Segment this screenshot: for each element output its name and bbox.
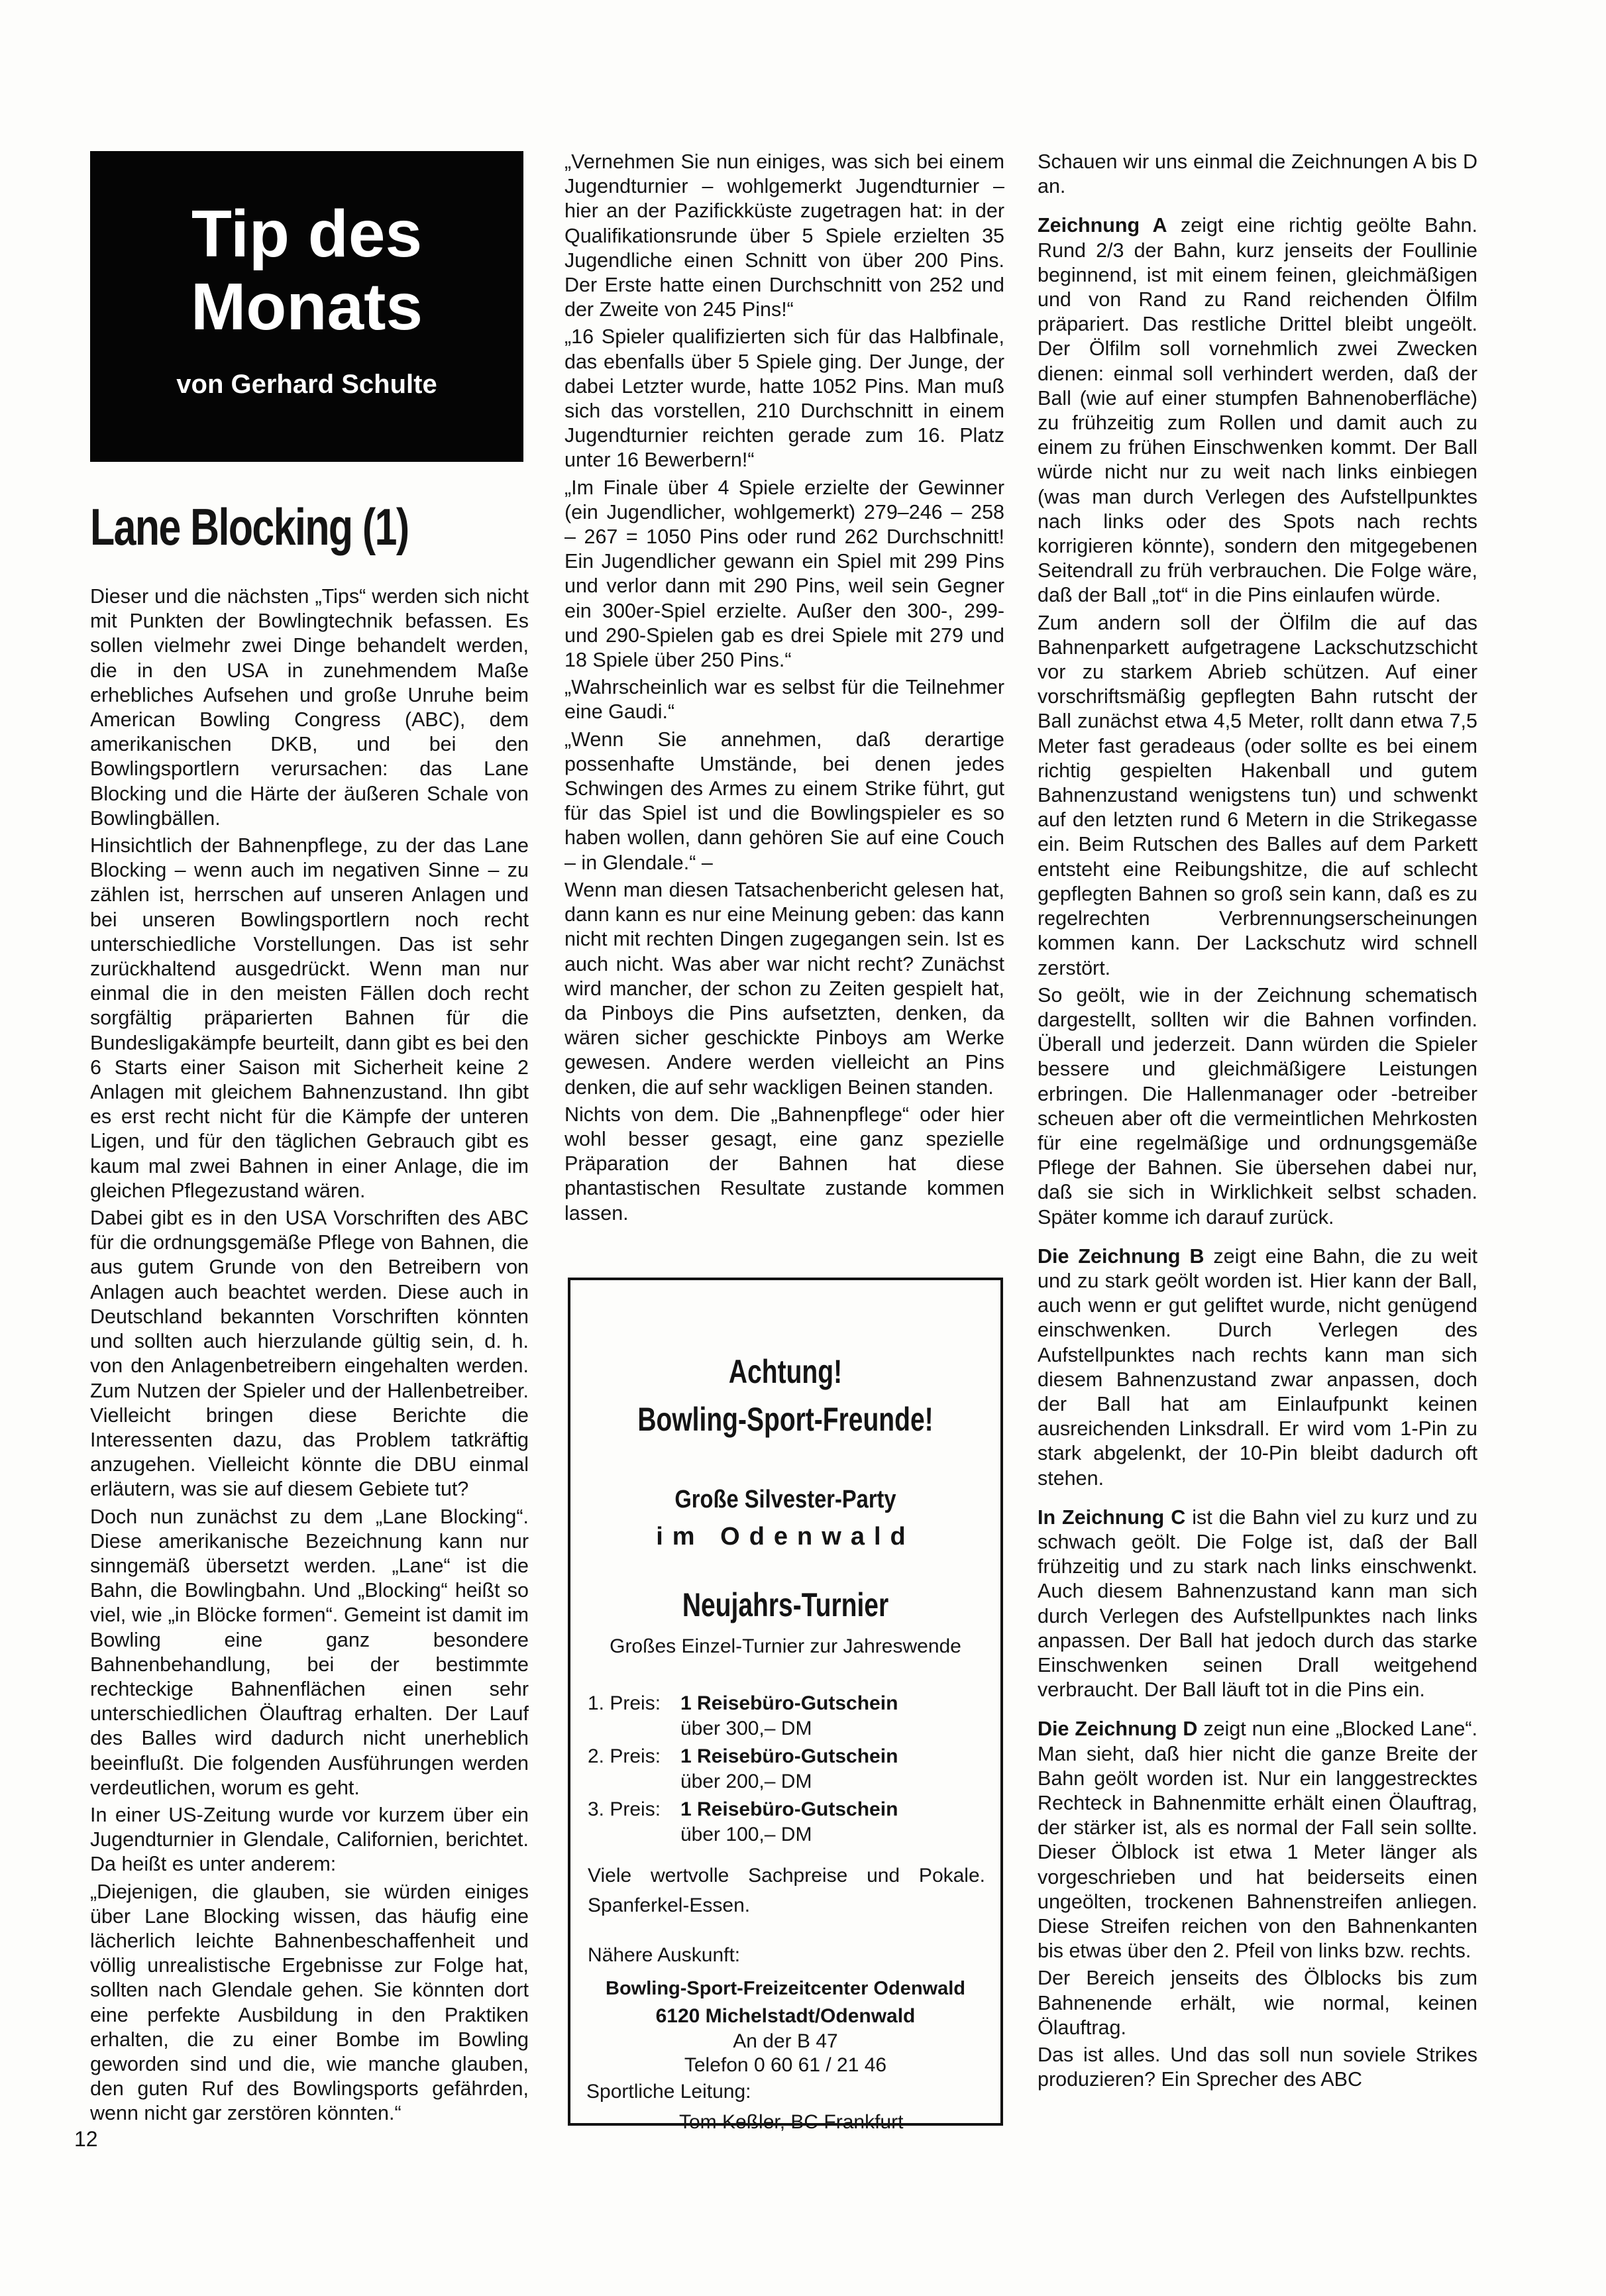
prize-label: 1. Preis: [588,1691,680,1716]
paragraph: Doch nun zunächst zu dem „Lane Blocking“… [90,1505,529,1800]
paragraph: „16 Spieler qualifizierten sich für das … [564,325,1004,472]
article-column-2: „Vernehmen Sie nun einiges, was sich bei… [564,150,1004,1226]
ad-info-label: Nähere Auskunft: [588,1943,740,1968]
paragraph: Schauen wir uns einmal die Zeichnungen A… [1038,150,1477,199]
prize-item: 1 Reisebüro-Gutschein [680,1692,898,1714]
paragraph: Dieser und die nächsten „Tips“ werden si… [90,584,529,831]
ad-event1-line2: im Odenwald [570,1521,1000,1552]
drawing-label: Die Zeichnung B [1038,1245,1204,1268]
paragraph: „Wahrscheinlich war es selbst für die Te… [564,675,1004,724]
drawing-label: Die Zeichnung D [1038,1718,1197,1740]
paragraph: Das ist alles. Und das soll nun soviele … [1038,2043,1477,2092]
ad-lead-label: Sportliche Leitung: [586,2081,751,2103]
paragraph: „Vernehmen Sie nun einiges, was sich bei… [564,150,1004,322]
paragraph: Zum andern soll der Ölfilm die auf das B… [1038,611,1477,981]
ad-venue-street: An der B 47 [570,2029,1000,2054]
drawing-label: In Zeichnung C [1038,1506,1185,1529]
ad-event2-title: Neujahrs-Turnier [617,1585,953,1625]
article-column-1: Dieser und die nächsten „Tips“ werden si… [90,584,529,2126]
paragraph-zeichnung-a: Zeichnung A zeigt eine richtig geölte Ba… [1038,213,1477,608]
ad-event1-line1: Große Silvester-Party [600,1484,970,1515]
ad-headline-1: Achtung! [617,1352,953,1392]
page-number: 12 [74,2127,98,2152]
ad-prize-row: 2. Preis:1 Reisebüro-Gutscheinüber 200,–… [588,1744,898,1794]
ad-venue-phone: Telefon 0 60 61 / 21 46 [570,2053,1000,2078]
prize-amount: über 300,– DM [680,1718,812,1739]
paragraph: Der Bereich jenseits des Ölblocks bis zu… [1038,1966,1477,2040]
ad-extras-line1: Viele wertvolle Sachpreise und Pokale. [588,1863,985,1888]
paragraph: Hinsichtlich der Bahnenpflege, zu der da… [90,834,529,1203]
prize-label: 3. Preis: [588,1797,680,1822]
paragraph: Dabei gibt es in den USA Vorschriften de… [90,1206,529,1502]
ad-lead-name: Tom Keßler, BC Frankfurt [679,2111,903,2134]
ad-venue-name: Bowling-Sport-Freizeitcenter Odenwald [570,1976,1000,2001]
ad-venue-city: 6120 Michelstadt/Odenwald [570,2004,1000,2029]
paragraph: Wenn man diesen Tatsachenbericht gelesen… [564,878,1004,1100]
prize-label: 2. Preis: [588,1744,680,1769]
paragraph: In einer US-Zeitung wurde vor kurzem übe… [90,1803,529,1877]
paragraph: So geölt, wie in der Zeichnung schematis… [1038,983,1477,1230]
paragraph: Nichts von dem. Die „Bahnenpflege“ oder … [564,1103,1004,1226]
article-column-3: Schauen wir uns einmal die Zeichnungen A… [1038,150,1477,2092]
ad-extras-line2: Spanferkel-Essen. [588,1893,750,1918]
ad-prize-row: 3. Preis:1 Reisebüro-Gutscheinüber 100,–… [588,1797,898,1847]
paragraph: „Diejenigen, die glauben, sie würden ein… [90,1880,529,2126]
header-byline: von Gerhard Schulte [90,370,523,400]
header-title-line1: Tip des [90,197,523,270]
paragraph: „Wenn Sie annehmen, daß derartige possen… [564,728,1004,875]
header-title-line2: Monats [90,270,523,343]
ad-event2-subtitle: Großes Einzel-Turnier zur Jahreswende [570,1634,1000,1659]
prize-item: 1 Reisebüro-Gutschein [680,1798,898,1820]
column-header-box: Tip des Monats von Gerhard Schulte [90,151,523,462]
advertisement-box: Achtung! Bowling-Sport-Freunde! Große Si… [568,1278,1003,2126]
paragraph: „Im Finale über 4 Spiele erzielte der Ge… [564,476,1004,673]
paragraph-zeichnung-b: Die Zeichnung B zeigt eine Bahn, die zu … [1038,1244,1477,1491]
prize-amount: über 200,– DM [680,1771,812,1792]
prize-amount: über 100,– DM [680,1824,812,1845]
ad-headline-2: Bowling-Sport-Freunde! [617,1399,953,1439]
drawing-label: Zeichnung A [1038,214,1167,237]
paragraph-zeichnung-c: In Zeichnung C ist die Bahn viel zu kurz… [1038,1505,1477,1703]
ad-prize-row: 1. Preis:1 Reisebüro-Gutscheinüber 300,–… [588,1691,898,1741]
article-title: Lane Blocking (1) [90,497,409,557]
paragraph-zeichnung-d: Die Zeichnung D zeigt nun eine „Blocked … [1038,1717,1477,1963]
prize-item: 1 Reisebüro-Gutschein [680,1745,898,1767]
